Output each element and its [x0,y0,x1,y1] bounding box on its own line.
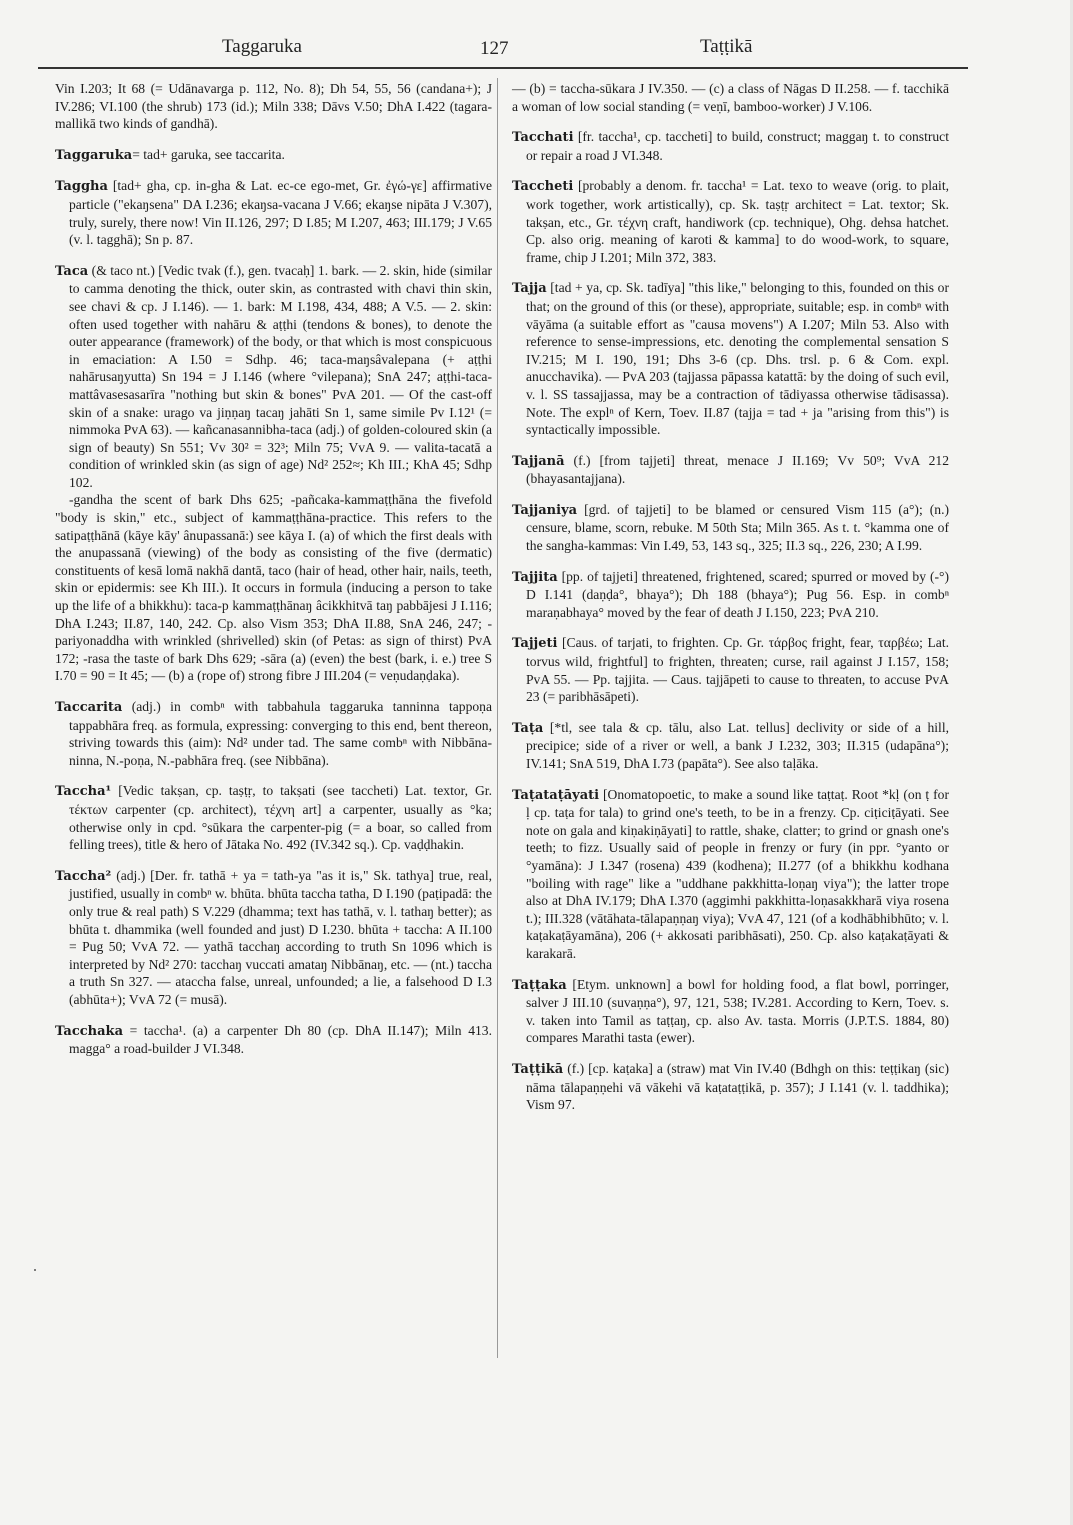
entry-text: [probably a denom. fr. taccha¹ = Lat. te… [526,178,949,264]
dictionary-entry: Tacchaka = taccha¹. (a) a carpenter Dh 8… [55,1022,492,1058]
dictionary-entry: Taggaruka= tad+ garuka, see taccarita. [55,146,492,165]
entry-text: (& taco nt.) [Vedic tvak (f.), gen. tvac… [69,263,492,490]
headword: Tajjeti [512,636,557,651]
headword: Tajjaniya [512,503,577,518]
margin-mark [34,1269,36,1271]
page-number: 127 [480,38,509,60]
headword: Tajja [512,281,547,296]
headword: Taca [55,264,88,279]
headword: Taṭṭaka [512,978,567,993]
headword: Taggha [55,179,108,194]
headword: Taccha² [55,869,111,884]
dictionary-entry: Tajjaniya [grd. of tajjeti] to be blamed… [512,501,949,555]
entry-text: (f.) [from tajjeti] threat, menace J II.… [526,453,949,487]
dictionary-entry: Taca (& taco nt.) [Vedic tvak (f.), gen.… [55,262,492,492]
headword: Taṭataṭāyati [512,788,599,803]
dictionary-page: Taggaruka 127 Taṭṭikā Vin I.203; It 68 (… [0,0,1073,1525]
running-head: Taggaruka 127 Taṭṭikā [40,36,970,66]
entry-text: Vin I.203; It 68 (= Udānavarga p. 112, N… [55,81,492,131]
headword: Taṭṭikā [512,1062,563,1077]
entry-text: (adj.) [Der. fr. tathā + ya = tath-ya "a… [69,868,492,1007]
dictionary-entry: Taṭataṭāyati [Onomatopoetic, to make a s… [512,786,949,963]
dictionary-entry: Taccheti [probably a denom. fr. taccha¹ … [512,177,949,266]
right-guide-word: Taṭṭikā [700,36,752,58]
right-column: — (b) = taccha-sūkara J IV.350. — (c) a … [512,80,949,1127]
dictionary-entry: Taccha¹ [Vedic takṣan, cp. taṣṭṛ, to tak… [55,782,492,853]
headword: Tacchaka [55,1024,123,1039]
entry-text: [Vedic takṣan, cp. taṣṭṛ, to takṣati (se… [69,783,492,852]
headword: Tacchati [512,130,574,145]
headword: Tajjita [512,570,558,585]
entry-text: [*tl, see tala & cp. tālu, also Lat. tel… [526,720,949,771]
entry-text: [grd. of tajjeti] to be blamed or censur… [526,502,949,553]
dictionary-entry: Taṭṭikā (f.) [cp. kaṭaka] a (straw) mat … [512,1060,949,1114]
header-rule [38,67,968,69]
dictionary-entry: Taṭṭaka [Etym. unknown] a bowl for holdi… [512,976,949,1047]
entry-text: [Etym. unknown] a bowl for holding food,… [526,977,949,1046]
headword: Taggaruka [55,148,132,163]
entry-text: = tad+ garuka, see taccarita. [132,147,285,162]
entry-text: -gandha the scent of bark Dhs 625; -pañc… [55,492,492,683]
headword: Taṭa [512,721,543,736]
entry-text: [tad+ gha, cp. in-gha & Lat. ec-ce ego-m… [69,178,492,247]
dictionary-entry: Tajjeti [Caus. of tarjati, to frighten. … [512,634,949,705]
left-column: Vin I.203; It 68 (= Udānavarga p. 112, N… [55,80,492,1071]
entry-text: [tad + ya, cp. Sk. tadīya] "this like," … [526,280,949,437]
dictionary-entry: Taccarita (adj.) in combⁿ with tabbahula… [55,698,492,769]
dictionary-entry: Taggha [tad+ gha, cp. in-gha & Lat. ec-c… [55,177,492,248]
dictionary-entry: Tajjita [pp. of tajjeti] threatened, fri… [512,568,949,622]
headword: Tajjanā [512,454,565,469]
entry-text: = taccha¹. (a) a carpenter Dh 80 (cp. Dh… [69,1023,492,1057]
entry-text: [fr. taccha¹, cp. taccheti] to build, co… [526,129,949,163]
entry-text: (adj.) in combⁿ with tabbahula taggaruka… [69,699,492,768]
left-guide-word: Taggaruka [222,36,302,58]
headword: Taccha¹ [55,784,111,799]
entry-text: [Caus. of tarjati, to frighten. Cp. Gr. … [526,635,949,704]
dictionary-entry: — (b) = taccha-sūkara J IV.350. — (c) a … [512,80,949,115]
dictionary-entry: -gandha the scent of bark Dhs 625; -pañc… [55,491,492,685]
dictionary-entry: Tajja [tad + ya, cp. Sk. tadīya] "this l… [512,279,949,438]
dictionary-entry: Tajjanā (f.) [from tajjeti] threat, mena… [512,452,949,488]
dictionary-entry: Vin I.203; It 68 (= Udānavarga p. 112, N… [55,80,492,133]
headword: Taccheti [512,179,573,194]
dictionary-entry: Taccha² (adj.) [Der. fr. tathā + ya = ta… [55,867,492,1009]
entry-text: — (b) = taccha-sūkara J IV.350. — (c) a … [512,81,949,114]
column-divider [497,78,498,1358]
entry-text: [pp. of tajjeti] threatened, frightened,… [526,569,949,620]
entry-text: (f.) [cp. kaṭaka] a (straw) mat Vin IV.4… [526,1061,949,1112]
headword: Taccarita [55,700,122,715]
entry-text: [Onomatopoetic, to make a sound like taṭ… [526,787,949,961]
dictionary-entry: Tacchati [fr. taccha¹, cp. taccheti] to … [512,128,949,164]
dictionary-entry: Taṭa [*tl, see tala & cp. tālu, also Lat… [512,719,949,773]
